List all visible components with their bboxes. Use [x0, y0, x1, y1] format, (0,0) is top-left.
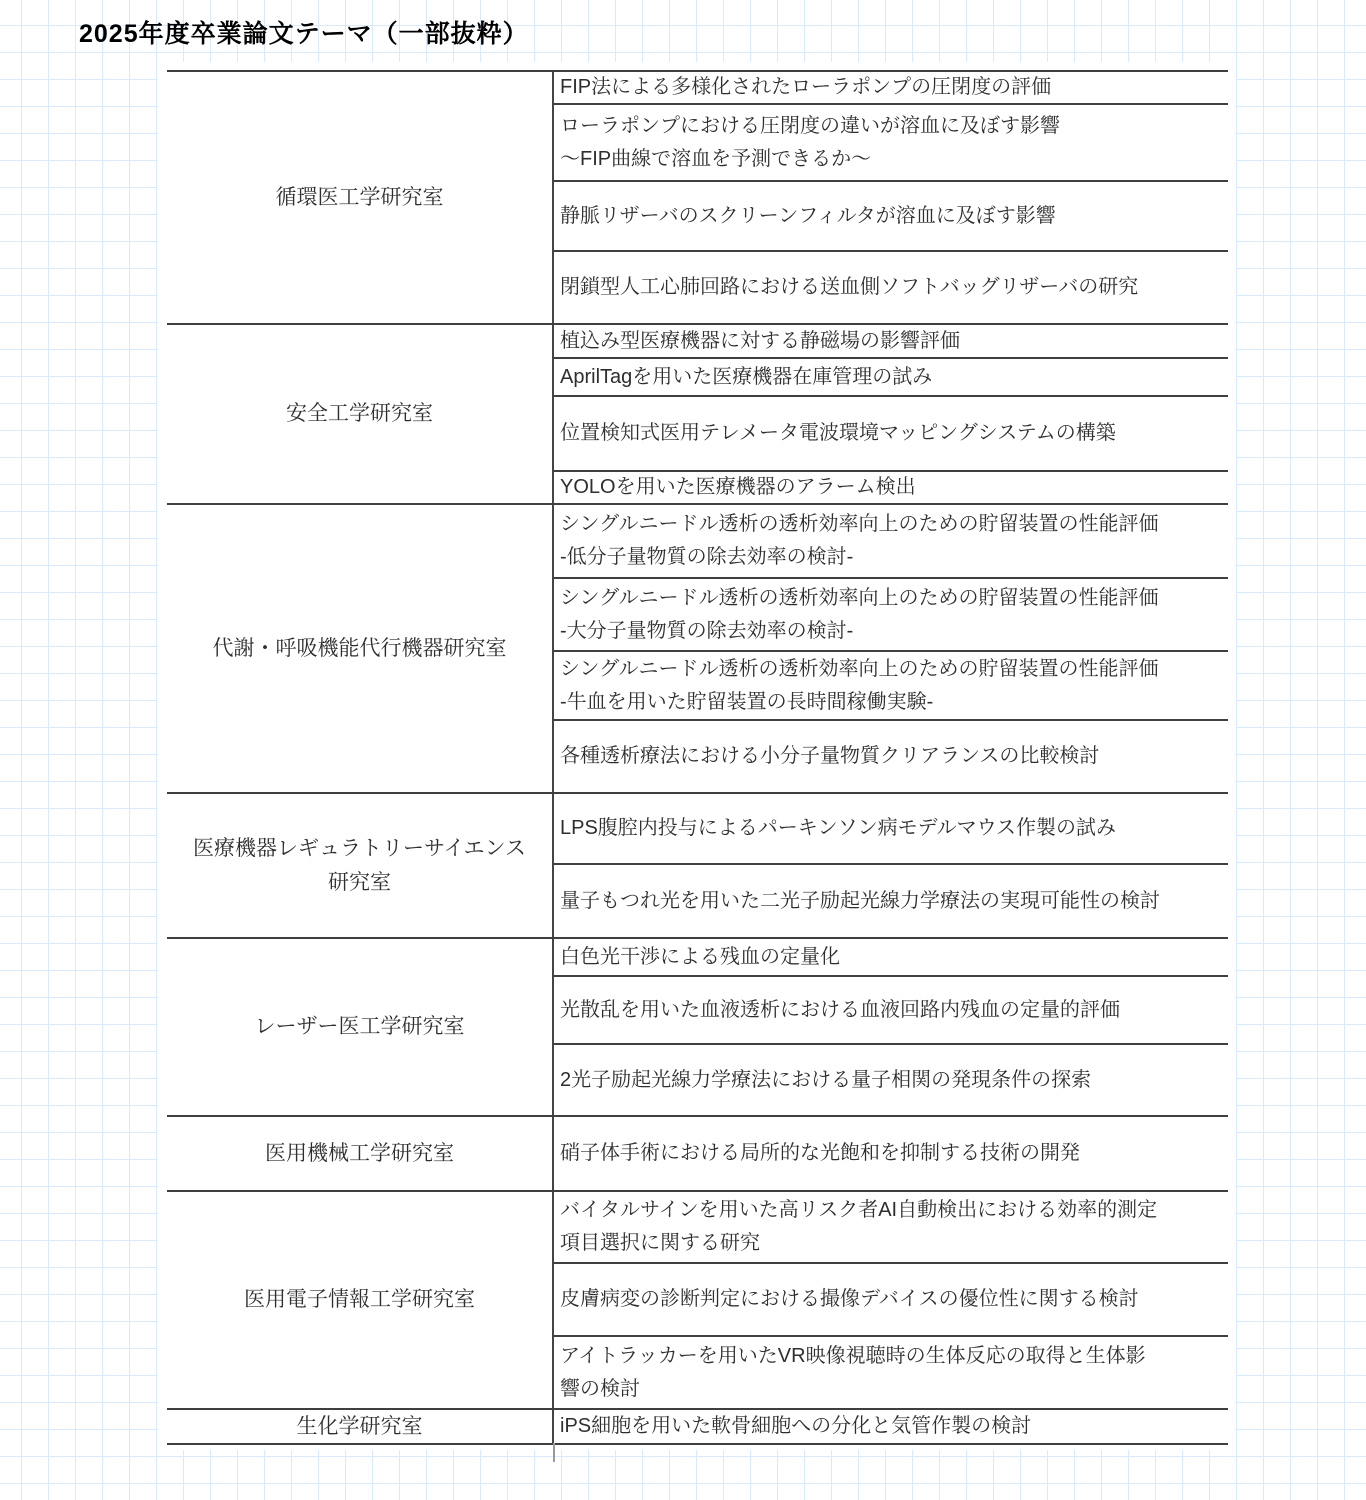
theme-list: FIP法による多様化されたローラポンプの圧閉度の評価 ローラポンプにおける圧閉度… [554, 72, 1228, 323]
theme-list: シングルニードル透析の透析効率向上のための貯留装置の性能評価 -低分子量物質の除… [554, 505, 1228, 792]
lab-name-label: 生化学研究室 [297, 1410, 423, 1444]
thesis-theme: 2光子励起光線力学療法における量子相関の発現条件の探索 [554, 1045, 1228, 1115]
thesis-theme: 光散乱を用いた血液透析における血液回路内残血の定量的評価 [554, 977, 1228, 1045]
thesis-theme-label: 白色光干渉による残血の定量化 [560, 941, 840, 974]
thesis-theme-label: FIP法による多様化されたローラポンプの圧閉度の評価 [560, 71, 1051, 104]
theme-list: 植込み型医療機器に対する静磁場の影響評価 AprilTagを用いた医療機器在庫管… [554, 325, 1228, 503]
worksheet: 循環医工学研究室 FIP法による多様化されたローラポンプの圧閉度の評価 ローラポ… [158, 62, 1236, 1450]
thesis-theme-label: LPS腹腔内投与によるパーキンソン病モデルマウス作製の試み [560, 812, 1116, 845]
lab-name: 医用機械工学研究室 [167, 1117, 554, 1190]
theme-list: iPS細胞を用いた軟骨細胞への分化と気管作製の検討 [554, 1410, 1228, 1443]
lab-section: 医療機器レギュラトリーサイエンス 研究室 LPS腹腔内投与によるパーキンソン病モ… [167, 794, 1228, 939]
page-title: 2025年度卒業論文テーマ（一部抜粋） [79, 14, 529, 50]
thesis-theme-label: シングルニードル透析の透析効率向上のための貯留装置の性能評価 -大分子量物質の除… [560, 582, 1159, 648]
theme-list: LPS腹腔内投与によるパーキンソン病モデルマウス作製の試み 量子もつれ光を用いた… [554, 794, 1228, 937]
lab-name: 医療機器レギュラトリーサイエンス 研究室 [167, 794, 554, 937]
lab-section: 循環医工学研究室 FIP法による多様化されたローラポンプの圧閉度の評価 ローラポ… [167, 72, 1228, 325]
thesis-theme-label: シングルニードル透析の透析効率向上のための貯留装置の性能評価 -低分子量物質の除… [560, 508, 1159, 574]
thesis-theme: FIP法による多様化されたローラポンプの圧閉度の評価 [554, 72, 1228, 105]
lab-name: 生化学研究室 [167, 1410, 554, 1443]
thesis-theme: アイトラッカーを用いたVR映像視聴時の生体反応の取得と生体影 響の検討 [554, 1337, 1228, 1408]
thesis-theme-label: ローラポンプにおける圧閉度の違いが溶血に及ぼす影響 ～FIP曲線で溶血を予測でき… [560, 110, 1060, 176]
thesis-theme-label: バイタルサインを用いた高リスク者AI自動検出における効率的測定 項目選択に関する… [560, 1194, 1157, 1260]
lab-name-label: 医療機器レギュラトリーサイエンス 研究室 [193, 832, 526, 900]
theme-list: 硝子体手術における局所的な光飽和を抑制する技術の開発 [554, 1117, 1228, 1190]
thesis-theme: シングルニードル透析の透析効率向上のための貯留装置の性能評価 -低分子量物質の除… [554, 505, 1228, 579]
thesis-theme-label: 皮膚病変の診断判定における撮像デバイスの優位性に関する検討 [560, 1283, 1139, 1316]
thesis-theme-label: AprilTagを用いた医療機器在庫管理の試み [560, 361, 932, 394]
thesis-theme-label: 位置検知式医用テレメータ電波環境マッピングシステムの構築 [560, 417, 1116, 450]
lab-name-label: 循環医工学研究室 [276, 181, 444, 215]
lab-name-label: 代謝・呼吸機能代行機器研究室 [213, 632, 507, 666]
thesis-theme: 位置検知式医用テレメータ電波環境マッピングシステムの構築 [554, 397, 1228, 472]
thesis-theme: シングルニードル透析の透析効率向上のための貯留装置の性能評価 -牛血を用いた貯留… [554, 652, 1228, 721]
thesis-theme: 量子もつれ光を用いた二光子励起光線力学療法の実現可能性の検討 [554, 865, 1228, 937]
thesis-theme: バイタルサインを用いた高リスク者AI自動検出における効率的測定 項目選択に関する… [554, 1192, 1228, 1264]
lab-section: レーザー医工学研究室 白色光干渉による残血の定量化 光散乱を用いた血液透析におけ… [167, 939, 1228, 1117]
thesis-theme: AprilTagを用いた医療機器在庫管理の試み [554, 359, 1228, 397]
lab-name-label: 医用機械工学研究室 [265, 1137, 454, 1171]
lab-name: レーザー医工学研究室 [167, 939, 554, 1115]
lab-name: 代謝・呼吸機能代行機器研究室 [167, 505, 554, 792]
column-divider-tick [553, 1443, 555, 1462]
thesis-theme: LPS腹腔内投与によるパーキンソン病モデルマウス作製の試み [554, 794, 1228, 865]
lab-name: 医用電子情報工学研究室 [167, 1192, 554, 1408]
lab-section: 医用機械工学研究室 硝子体手術における局所的な光飽和を抑制する技術の開発 [167, 1117, 1228, 1192]
lab-section: 医用電子情報工学研究室 バイタルサインを用いた高リスク者AI自動検出における効率… [167, 1192, 1228, 1410]
lab-section: 生化学研究室 iPS細胞を用いた軟骨細胞への分化と気管作製の検討 [167, 1410, 1228, 1445]
thesis-theme: iPS細胞を用いた軟骨細胞への分化と気管作製の検討 [554, 1410, 1228, 1443]
thesis-theme: 各種透析療法における小分子量物質クリアランスの比較検討 [554, 721, 1228, 792]
thesis-theme: 閉鎖型人工心肺回路における送血側ソフトバッグリザーバの研究 [554, 252, 1228, 323]
thesis-theme-label: 量子もつれ光を用いた二光子励起光線力学療法の実現可能性の検討 [560, 885, 1160, 918]
lab-name-label: レーザー医工学研究室 [255, 1010, 465, 1044]
thesis-theme-label: 各種透析療法における小分子量物質クリアランスの比較検討 [560, 740, 1099, 773]
thesis-theme: YOLOを用いた医療機器のアラーム検出 [554, 472, 1228, 503]
thesis-theme: シングルニードル透析の透析効率向上のための貯留装置の性能評価 -大分子量物質の除… [554, 579, 1228, 652]
thesis-theme-label: 光散乱を用いた血液透析における血液回路内残血の定量的評価 [560, 994, 1120, 1027]
theme-list: 白色光干渉による残血の定量化 光散乱を用いた血液透析における血液回路内残血の定量… [554, 939, 1228, 1115]
thesis-theme: 植込み型医療機器に対する静磁場の影響評価 [554, 325, 1228, 359]
thesis-theme-label: YOLOを用いた医療機器のアラーム検出 [560, 471, 916, 504]
lab-name: 循環医工学研究室 [167, 72, 554, 323]
lab-section: 安全工学研究室 植込み型医療機器に対する静磁場の影響評価 AprilTagを用い… [167, 325, 1228, 505]
thesis-theme: 白色光干渉による残血の定量化 [554, 939, 1228, 977]
thesis-theme-label: 静脈リザーバのスクリーンフィルタが溶血に及ぼす影響 [560, 200, 1056, 233]
theme-list: バイタルサインを用いた高リスク者AI自動検出における効率的測定 項目選択に関する… [554, 1192, 1228, 1408]
thesis-table: 循環医工学研究室 FIP法による多様化されたローラポンプの圧閉度の評価 ローラポ… [167, 70, 1228, 1445]
thesis-theme: ローラポンプにおける圧閉度の違いが溶血に及ぼす影響 ～FIP曲線で溶血を予測でき… [554, 105, 1228, 182]
thesis-theme-label: 閉鎖型人工心肺回路における送血側ソフトバッグリザーバの研究 [560, 271, 1138, 304]
thesis-theme-label: シングルニードル透析の透析効率向上のための貯留装置の性能評価 -牛血を用いた貯留… [560, 653, 1159, 719]
thesis-theme: 硝子体手術における局所的な光飽和を抑制する技術の開発 [554, 1117, 1228, 1190]
thesis-theme-label: iPS細胞を用いた軟骨細胞への分化と気管作製の検討 [560, 1410, 1031, 1443]
thesis-theme-label: アイトラッカーを用いたVR映像視聴時の生体反応の取得と生体影 響の検討 [560, 1340, 1146, 1406]
lab-name-label: 安全工学研究室 [286, 397, 433, 431]
thesis-theme: 皮膚病変の診断判定における撮像デバイスの優位性に関する検討 [554, 1264, 1228, 1337]
grid-paper-background: 2025年度卒業論文テーマ（一部抜粋） 循環医工学研究室 FIP法による多様化さ… [0, 0, 1366, 1500]
lab-section: 代謝・呼吸機能代行機器研究室 シングルニードル透析の透析効率向上のための貯留装置… [167, 505, 1228, 794]
thesis-theme: 静脈リザーバのスクリーンフィルタが溶血に及ぼす影響 [554, 182, 1228, 252]
thesis-theme-label: 植込み型医療機器に対する静磁場の影響評価 [560, 325, 960, 358]
lab-name: 安全工学研究室 [167, 325, 554, 503]
thesis-theme-label: 2光子励起光線力学療法における量子相関の発現条件の探索 [560, 1064, 1091, 1097]
lab-name-label: 医用電子情報工学研究室 [244, 1283, 475, 1317]
thesis-theme-label: 硝子体手術における局所的な光飽和を抑制する技術の開発 [560, 1137, 1080, 1170]
